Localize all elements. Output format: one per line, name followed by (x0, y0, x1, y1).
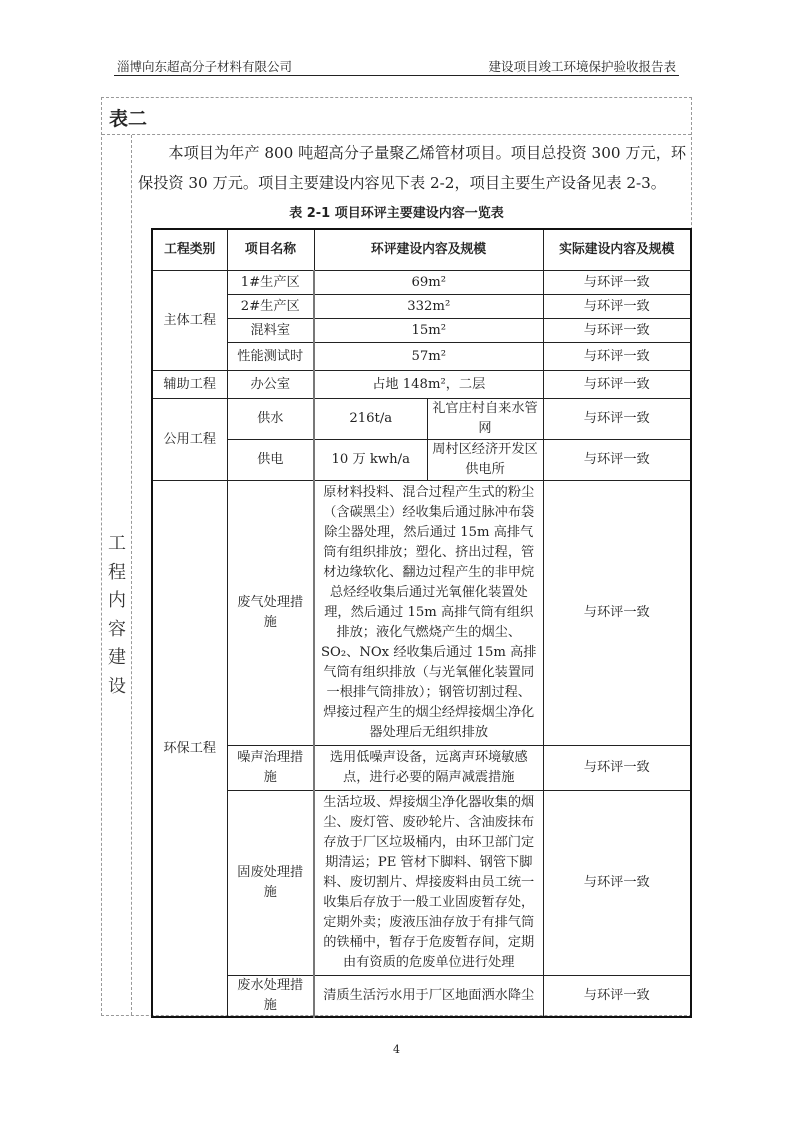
section-title: 表二 (109, 104, 147, 131)
table-row: 公用工程 供水 216t/a 礼官庄村自来水管网 与环评一致 (152, 399, 691, 440)
row-name: 噪声治理措施 (227, 746, 314, 791)
table-row: 废水处理措施 清质生活污水用于厂区地面洒水降尘 与环评一致 (152, 976, 691, 1018)
table-row: 噪声治理措施 选用低噪声设备，远离声环境敏感点，进行必要的隔声减震措施 与环评一… (152, 746, 691, 791)
row-actual: 与环评一致 (543, 399, 691, 440)
header-actual-content: 实际建设内容及规模 (543, 229, 691, 271)
row-content: 占地 148m²，二层 (314, 371, 543, 399)
row-name: 2#生产区 (227, 295, 314, 319)
row-name: 供水 (227, 399, 314, 440)
intro-paragraph: 本项目为年产 800 吨超高分子量聚乙烯管材项目。项目总投资 300 万元，环保… (138, 138, 690, 198)
group-env: 环保工程 (152, 481, 227, 1018)
page-header-report-title: 建设项目竣工环境保护验收报告表 (488, 57, 676, 75)
page-header-company: 淄博向东超高分子材料有限公司 (117, 57, 292, 75)
table-row: 主体工程 1#生产区 69m² 与环评一致 (152, 271, 691, 295)
table-row: 辅助工程 办公室 占地 148m²，二层 与环评一致 (152, 371, 691, 399)
row-content: 生活垃圾、焊接烟尘净化器收集的烟尘、废灯管、废砂轮片、含油废抹布存放于厂区垃圾桶… (314, 791, 543, 976)
row-actual: 与环评一致 (543, 295, 691, 319)
row-source: 周村区经济开发区供电所 (427, 440, 543, 481)
header-category: 工程类别 (152, 229, 227, 271)
group-main: 主体工程 (152, 271, 227, 371)
row-content: 57m² (314, 343, 543, 371)
construction-content-table: 工程类别 项目名称 环评建设内容及规模 实际建设内容及规模 主体工程 1#生产区… (151, 228, 692, 1018)
table-header-row: 工程类别 项目名称 环评建设内容及规模 实际建设内容及规模 (152, 229, 691, 271)
row-actual: 与环评一致 (543, 481, 691, 746)
form-section-frame: 表二 工程内容建设 本项目为年产 800 吨超高分子量聚乙烯管材项目。项目总投资… (101, 97, 692, 1016)
side-label-column: 工程内容建设 (102, 135, 132, 1015)
table-row: 环保工程 废气处理措施 原材料投料、混合过程产生式的粉尘（含碳黑尘）经收集后通过… (152, 481, 691, 746)
header-rule (114, 75, 679, 76)
table-caption: 表 2-1 项目环评主要建设内容一览表 (102, 202, 691, 221)
table-row: 性能测试时 57m² 与环评一致 (152, 343, 691, 371)
header-item-name: 项目名称 (227, 229, 314, 271)
row-content: 332m² (314, 295, 543, 319)
intro-text: 本项目为年产 800 吨超高分子量聚乙烯管材项目。项目总投资 300 万元，环保… (138, 138, 690, 198)
row-name: 固废处理措施 (227, 791, 314, 976)
side-label: 工程内容建设 (107, 530, 127, 701)
row-actual: 与环评一致 (543, 343, 691, 371)
row-content: 清质生活污水用于厂区地面洒水降尘 (314, 976, 543, 1018)
row-name: 混料室 (227, 319, 314, 343)
group-public: 公用工程 (152, 399, 227, 481)
row-content: 10 万 kwh/a (314, 440, 427, 481)
row-source: 礼官庄村自来水管网 (427, 399, 543, 440)
row-actual: 与环评一致 (543, 976, 691, 1018)
row-actual: 与环评一致 (543, 271, 691, 295)
header-eia-content: 环评建设内容及规模 (314, 229, 543, 271)
row-content: 选用低噪声设备，远离声环境敏感点，进行必要的隔声减震措施 (314, 746, 543, 791)
row-name: 废气处理措施 (227, 481, 314, 746)
row-actual: 与环评一致 (543, 319, 691, 343)
row-actual: 与环评一致 (543, 791, 691, 976)
page-number: 4 (0, 1043, 793, 1056)
row-name: 废水处理措施 (227, 976, 314, 1018)
row-content: 69m² (314, 271, 543, 295)
row-content: 15m² (314, 319, 543, 343)
row-actual: 与环评一致 (543, 371, 691, 399)
table-row: 混料室 15m² 与环评一致 (152, 319, 691, 343)
section-title-row: 表二 (102, 98, 691, 135)
table-row: 供电 10 万 kwh/a 周村区经济开发区供电所 与环评一致 (152, 440, 691, 481)
row-actual: 与环评一致 (543, 440, 691, 481)
row-name: 供电 (227, 440, 314, 481)
row-name: 办公室 (227, 371, 314, 399)
row-actual: 与环评一致 (543, 746, 691, 791)
group-aux: 辅助工程 (152, 371, 227, 399)
row-content: 原材料投料、混合过程产生式的粉尘（含碳黑尘）经收集后通过脉冲布袋除尘器处理，然后… (314, 481, 543, 746)
table-row: 2#生产区 332m² 与环评一致 (152, 295, 691, 319)
table-row: 固废处理措施 生活垃圾、焊接烟尘净化器收集的烟尘、废灯管、废砂轮片、含油废抹布存… (152, 791, 691, 976)
row-name: 1#生产区 (227, 271, 314, 295)
row-name: 性能测试时 (227, 343, 314, 371)
row-content: 216t/a (314, 399, 427, 440)
